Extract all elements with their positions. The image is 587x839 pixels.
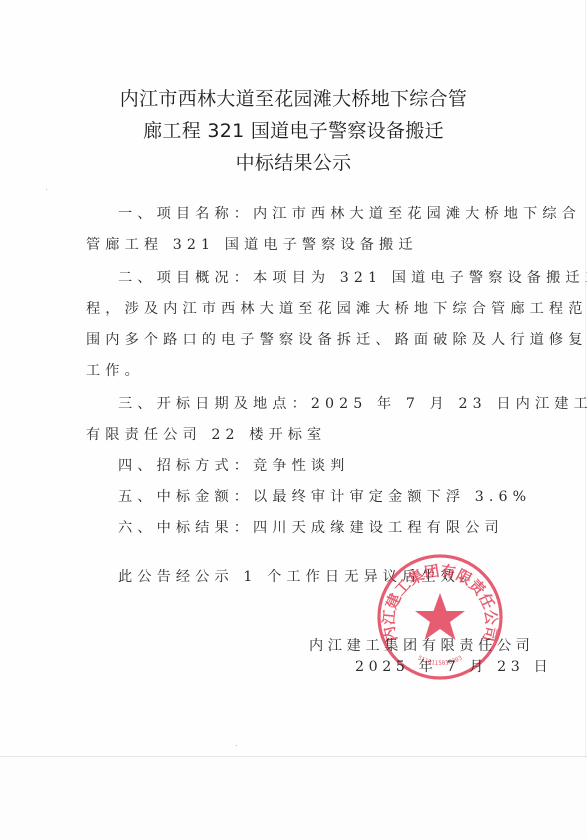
item-1-project-name-cont: 管廊工程 321 国道电子警察设备搬迁 xyxy=(86,235,418,255)
signature-company: 内江建工集团有限责任公司 xyxy=(309,636,534,656)
document-title-line-1: 内江市西林大道至花园滩大桥地下综合管 xyxy=(0,84,587,111)
seal-star-icon xyxy=(415,593,465,640)
scan-speck xyxy=(46,189,47,190)
item-2-project-overview: 二、项目概况：本项目为 321 国道电子警察设备搬迁工 xyxy=(118,268,587,288)
item-3-bid-opening-cont: 有限责任公司 22 楼开标室 xyxy=(86,425,326,445)
document-title-line-2: 廊工程 321 国道电子警察设备搬迁 xyxy=(0,116,587,143)
item-2-project-overview-cont: 程，涉及内江市西林大道至花园滩大桥地下综合管廊工程范 xyxy=(86,299,587,319)
signature-date: 2025 年 7 月 23 日 xyxy=(355,657,552,677)
item-5-winning-amount: 五、中标金额：以最终审计审定金额下浮 3.6% xyxy=(118,487,531,507)
scan-speck xyxy=(236,745,237,746)
item-3-bid-opening: 三、开标日期及地点：2025 年 7 月 23 日内江建工集团 xyxy=(118,394,587,414)
document-title-line-3: 中标结果公示 xyxy=(0,148,587,175)
item-6-winning-result: 六、中标结果：四川天成缘建设工程有限公司 xyxy=(118,518,504,538)
item-4-tender-method: 四、招标方式：竞争性谈判 xyxy=(118,456,349,476)
page-right-edge xyxy=(585,0,586,756)
item-2-project-overview-cont: 工作。 xyxy=(86,361,144,381)
page-background xyxy=(0,757,587,839)
item-1-project-name: 一、项目名称：内江市西林大道至花园滩大桥地下综合 xyxy=(118,204,581,224)
item-2-project-overview-cont: 围内多个路口的电子警察设备拆迁、路面破除及人行道修复 xyxy=(86,330,587,350)
